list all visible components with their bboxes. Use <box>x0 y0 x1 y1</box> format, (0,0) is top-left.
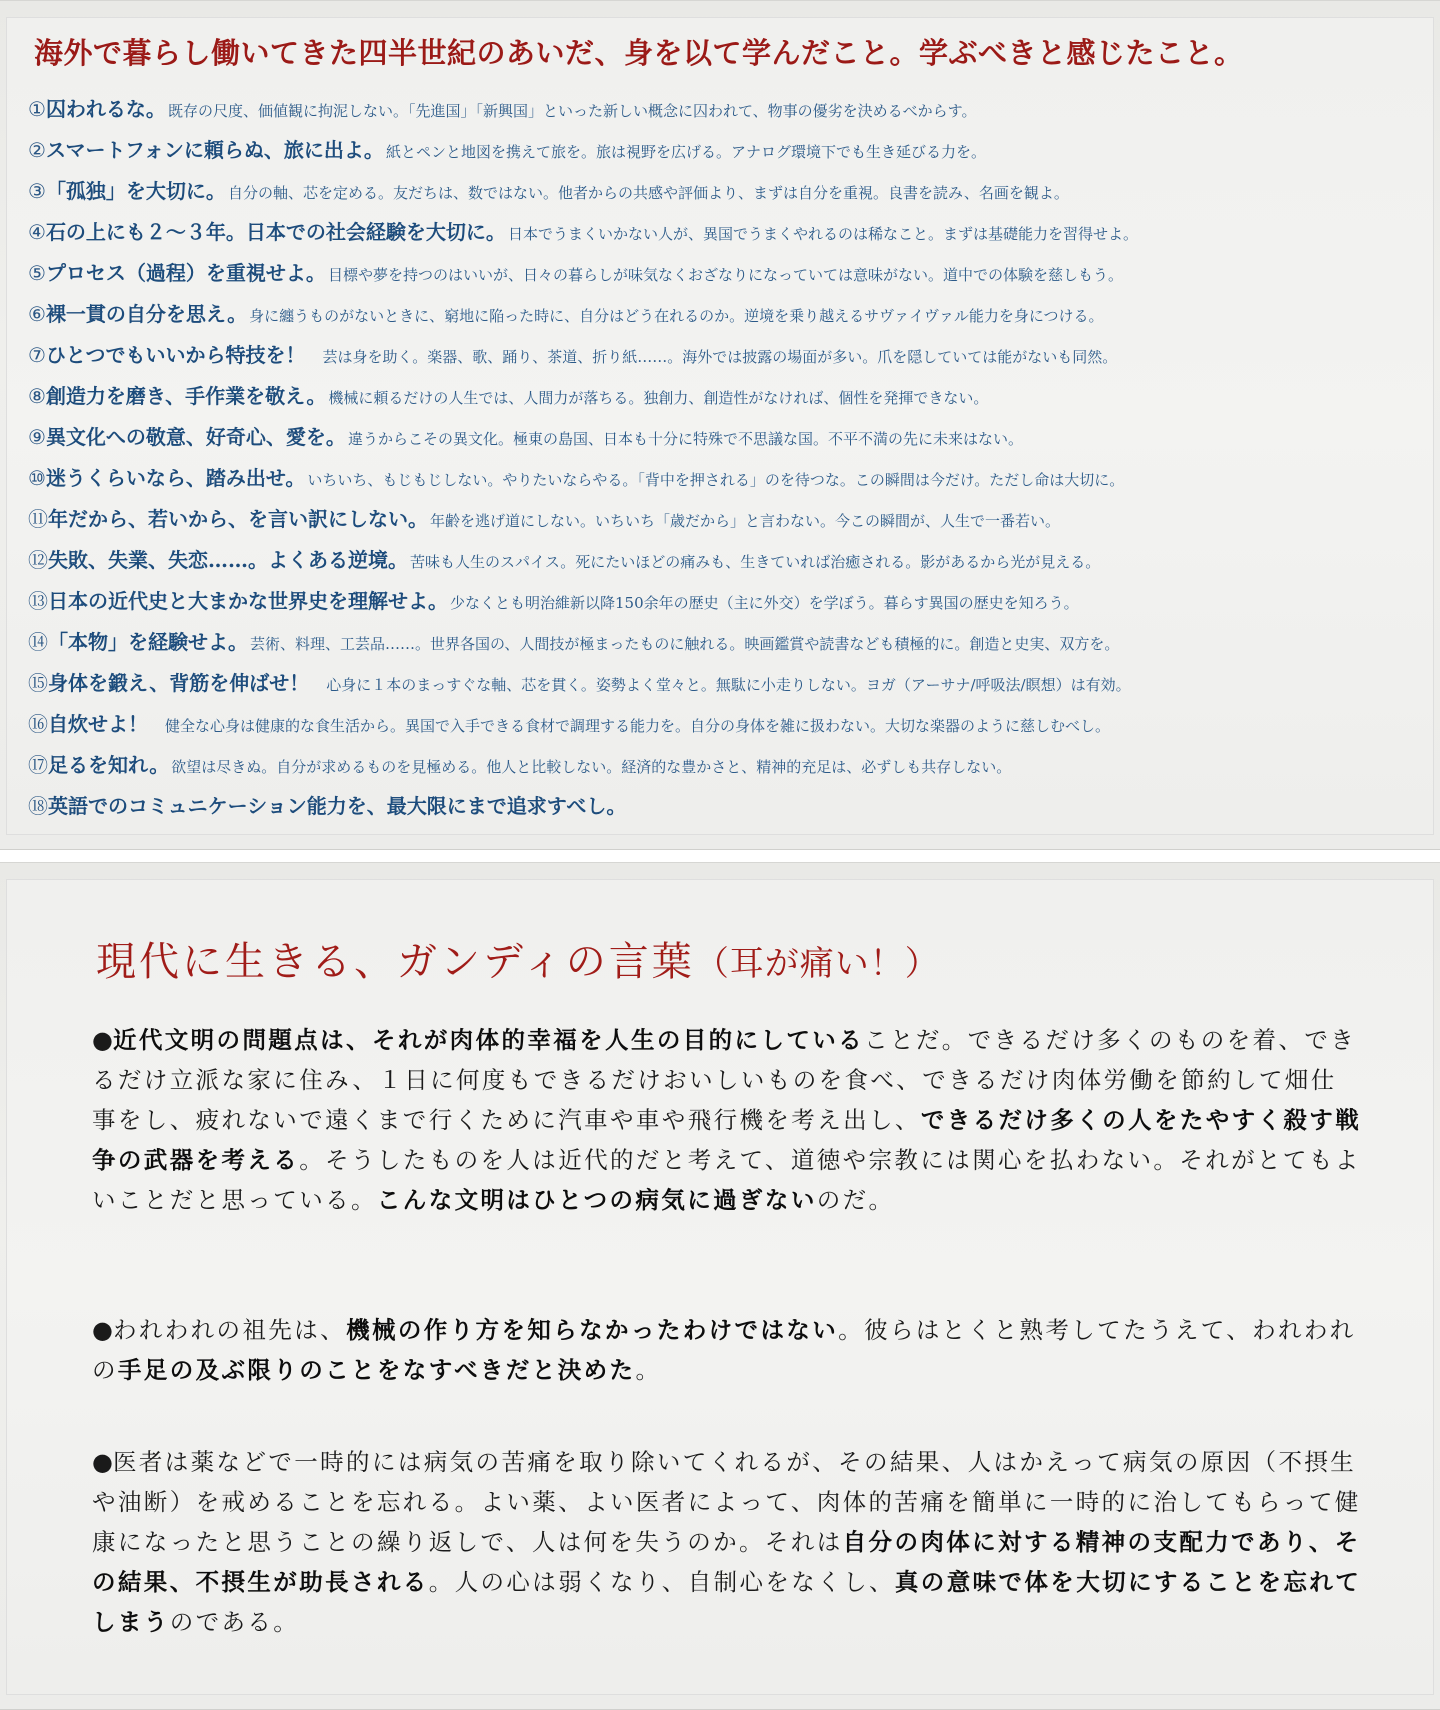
item-body: 身に纏うものがないときに、窮地に陥った時に、自分はどう在れるのか。逆境を乗り越え… <box>249 307 1103 325</box>
list-item: ④石の上にも２～３年。日本での社会経験を大切に。日本でうまくいかない人が、異国で… <box>28 212 1138 253</box>
list-item: ⑭「本物」を経験せよ。芸術、料理、工芸品……。世界各国の、人間技が極まったものに… <box>28 622 1138 663</box>
item-heading: スマートフォンに頼らぬ、旅に出よ。 <box>46 138 384 162</box>
paragraph: ●近代文明の問題点は、それが肉体的幸福を人生の目的にしていることだ。できるだけ多… <box>92 1020 1362 1220</box>
list-item: ①囚われるな。既存の尺度、価値観に拘泥しない。「先進国」「新興国」といった新しい… <box>28 89 1138 130</box>
text: のだ。 <box>817 1186 895 1214</box>
item-number: ⑨ <box>28 425 46 449</box>
slide-title: 海外で暮らし働いてきた四半世紀のあいだ、身を以て学んだこと。学ぶべきと感じたこと… <box>34 31 1244 72</box>
list-item: ⑬日本の近代史と大まかな世界史を理解せよ。少なくとも明治維新以降150余年の歴史… <box>28 581 1138 622</box>
item-number: ⑦ <box>28 343 46 367</box>
item-heading: 迷うくらいなら、踏み出せ。 <box>46 466 305 490</box>
item-heading: プロセス（過程）を重視せよ。 <box>46 261 326 285</box>
slide-title: 現代に生きる、ガンディの言葉（耳が痛い！） <box>96 930 940 987</box>
item-number: ⑩ <box>28 466 46 490</box>
item-body: 既存の尺度、価値観に拘泥しない。「先進国」「新興国」といった新しい概念に囚われて… <box>168 102 977 120</box>
item-number: ⑰ <box>28 753 48 777</box>
item-number: ⑮ <box>28 671 48 695</box>
item-body: いちいち、もじもじしない。やりたいならやる。「背中を押される」のを待つな。この瞬… <box>307 471 1124 489</box>
item-body: 目標や夢を持つのはいいが、日々の暮らしが味気なくおざなりになっていては意味がない… <box>328 266 1123 284</box>
quote-paragraph-1: ●近代文明の問題点は、それが肉体的幸福を人生の目的にしていることだ。できるだけ多… <box>92 1020 1362 1220</box>
item-heading: 「本物」を経験せよ。 <box>48 630 248 654</box>
paragraph: ●医者は薬などで一時的には病気の苦痛を取り除いてくれるが、その結果、人はかえって… <box>92 1442 1362 1642</box>
item-body: 自分の軸、芯を定める。友だちは、数ではない。他者からの共感や評価より、まずは自分… <box>228 184 1069 202</box>
paragraph: ●われわれの祖先は、機械の作り方を知らなかったわけではない。彼らはとくと熟考して… <box>92 1310 1362 1390</box>
item-heading: 日本の近代史と大まかな世界史を理解せよ。 <box>48 589 448 613</box>
list-item: ⑱英語でのコミュニケーション能力を、最大限にまで追求すべし。 <box>28 786 1138 827</box>
item-heading: ひとつでもいいから特技を！ <box>46 343 306 367</box>
item-body: 違うからこその異文化。極東の島国、日本も十分に特殊で不思議な国。不平不満の先に未… <box>348 430 1023 448</box>
item-number: ③ <box>28 179 46 203</box>
text: のである。 <box>170 1608 300 1636</box>
item-body: 心身に１本のまっすぐな軸、芯を貫く。姿勢よく堂々と。無駄に小走りしない。ヨガ（ア… <box>311 676 1130 694</box>
item-heading: 自炊せよ！ <box>48 712 148 736</box>
item-heading: 囚われるな。 <box>46 97 166 121</box>
list-item: ⑰足るを知れ。欲望は尽きぬ。自分が求めるものを見極める。他人と比較しない。経済的… <box>28 745 1138 786</box>
item-number: ⑭ <box>28 630 48 654</box>
item-heading: 石の上にも２～３年。日本での社会経験を大切に。 <box>46 220 506 244</box>
list-item: ⑤プロセス（過程）を重視せよ。目標や夢を持つのはいいが、日々の暮らしが味気なくお… <box>28 253 1138 294</box>
item-number: ⑯ <box>28 712 48 736</box>
item-body: 機械に頼るだけの人生では、人間力が落ちる。独創力、創造性がなければ、個性を発揮で… <box>328 389 988 407</box>
quote-paragraph-2: ●われわれの祖先は、機械の作り方を知らなかったわけではない。彼らはとくと熟考して… <box>92 1310 1362 1390</box>
item-number: ② <box>28 138 46 162</box>
item-body: 欲望は尽きぬ。自分が求めるものを見極める。他人と比較しない。経済的な豊かさと、精… <box>171 758 1011 776</box>
item-heading: 異文化への敬意、好奇心、愛を。 <box>46 425 346 449</box>
item-body: 苦味も人生のスパイス。死にたいほどの痛みも、生きていれば治癒される。影があるから… <box>410 553 1100 571</box>
list-item: ⑨異文化への敬意、好奇心、愛を。違うからこその異文化。極東の島国、日本も十分に特… <box>28 417 1138 458</box>
item-heading: 足るを知れ。 <box>48 753 169 777</box>
item-body: 健全な心身は健康的な食生活から。異国で入手できる食材で調理する能力を。自分の身体… <box>150 717 1110 735</box>
item-heading: 裸一貫の自分を思え。 <box>46 302 247 326</box>
title-main: 現代に生きる、ガンディの言葉 <box>96 939 695 985</box>
item-body: 日本でうまくいかない人が、異国でうまくやれるのは稀なこと。まずは基礎能力を習得せ… <box>508 225 1138 243</box>
title-subtitle: （耳が痛い！） <box>695 944 940 984</box>
item-body: 年齢を逃げ道にしない。いちいち「歳だから」と言わない。今この瞬間が、人生で一番若… <box>430 512 1060 530</box>
item-number: ⑬ <box>28 589 48 613</box>
list-item: ⑥裸一貫の自分を思え。身に纏うものがないときに、窮地に陥った時に、自分はどう在れ… <box>28 294 1138 335</box>
bullet-icon: ● <box>92 1316 113 1344</box>
emphasis: こんな文明はひとつの病気に過ぎない <box>377 1186 817 1214</box>
lessons-list: ①囚われるな。既存の尺度、価値観に拘泥しない。「先進国」「新興国」といった新しい… <box>28 89 1138 827</box>
list-item: ⑯自炊せよ！ 健全な心身は健康的な食生活から。異国で入手できる食材で調理する能力… <box>28 704 1138 745</box>
emphasis: 手足の及ぶ限りのことをなすべきだと決めた <box>118 1356 636 1384</box>
list-item: ②スマートフォンに頼らぬ、旅に出よ。紙とペンと地図を携えて旅を。旅は視野を広げる… <box>28 130 1138 171</box>
item-heading: 身体を鍛え、背筋を伸ばせ！ <box>48 671 309 695</box>
item-heading: 「孤独」を大切に。 <box>46 179 226 203</box>
emphasis: 機械の作り方を知らなかったわけではない <box>346 1316 838 1344</box>
list-item: ⑫失敗、失業、失恋……。よくある逆境。苦味も人生のスパイス。死にたいほどの痛みも… <box>28 540 1138 581</box>
slide-lessons-abroad: 海外で暮らし働いてきた四半世紀のあいだ、身を以て学んだこと。学ぶべきと感じたこと… <box>0 0 1440 850</box>
item-heading: 失敗、失業、失恋……。よくある逆境。 <box>48 548 408 572</box>
list-item: ⑩迷うくらいなら、踏み出せ。いちいち、もじもじしない。やりたいならやる。「背中を… <box>28 458 1138 499</box>
item-body: 少なくとも明治維新以降150余年の歴史（主に外交）を学ぼう。暮らす異国の歴史を知… <box>450 594 1079 612</box>
text: 。人の心は弱くなり、自制心をなくし、 <box>429 1568 895 1596</box>
item-number: ⑤ <box>28 261 46 285</box>
item-heading: 創造力を磨き、手作業を敬え。 <box>46 384 326 408</box>
text: われわれの祖先は、 <box>113 1316 346 1344</box>
item-number: ④ <box>28 220 46 244</box>
item-body: 芸は身を助く。楽器、歌、踊り、茶道、折り紙……。海外では披露の場面が多い。爪を隠… <box>308 348 1118 366</box>
bullet-icon: ● <box>92 1026 113 1054</box>
list-item: ③「孤独」を大切に。自分の軸、芯を定める。友だちは、数ではない。他者からの共感や… <box>28 171 1138 212</box>
emphasis: 近代文明の問題点は、それが肉体的幸福を人生の目的にしている <box>113 1026 864 1054</box>
item-number: ⑪ <box>28 507 48 531</box>
text: 。 <box>635 1356 661 1384</box>
list-item: ⑮身体を鍛え、背筋を伸ばせ！ 心身に１本のまっすぐな軸、芯を貫く。姿勢よく堂々と… <box>28 663 1138 704</box>
item-number: ⑫ <box>28 548 48 572</box>
item-body: 芸術、料理、工芸品……。世界各国の、人間技が極まったものに触れる。映画鑑賞や読書… <box>250 635 1119 653</box>
item-number: ① <box>28 97 46 121</box>
list-item: ⑧創造力を磨き、手作業を敬え。機械に頼るだけの人生では、人間力が落ちる。独創力、… <box>28 376 1138 417</box>
item-heading: 英語でのコミュニケーション能力を、最大限にまで追求すべし。 <box>48 794 626 818</box>
item-body: 紙とペンと地図を携えて旅を。旅は視野を広げる。アナログ環境下でも生き延びる力を。 <box>386 143 986 161</box>
item-number: ⑧ <box>28 384 46 408</box>
item-number: ⑥ <box>28 302 46 326</box>
item-number: ⑱ <box>28 794 48 818</box>
list-item: ⑦ひとつでもいいから特技を！ 芸は身を助く。楽器、歌、踊り、茶道、折り紙……。海… <box>28 335 1138 376</box>
bullet-icon: ● <box>92 1448 113 1476</box>
item-heading: 年だから、若いから、を言い訳にしない。 <box>48 507 428 531</box>
quote-paragraph-3: ●医者は薬などで一時的には病気の苦痛を取り除いてくれるが、その結果、人はかえって… <box>92 1442 1362 1642</box>
list-item: ⑪年だから、若いから、を言い訳にしない。年齢を逃げ道にしない。いちいち「歳だから… <box>28 499 1138 540</box>
